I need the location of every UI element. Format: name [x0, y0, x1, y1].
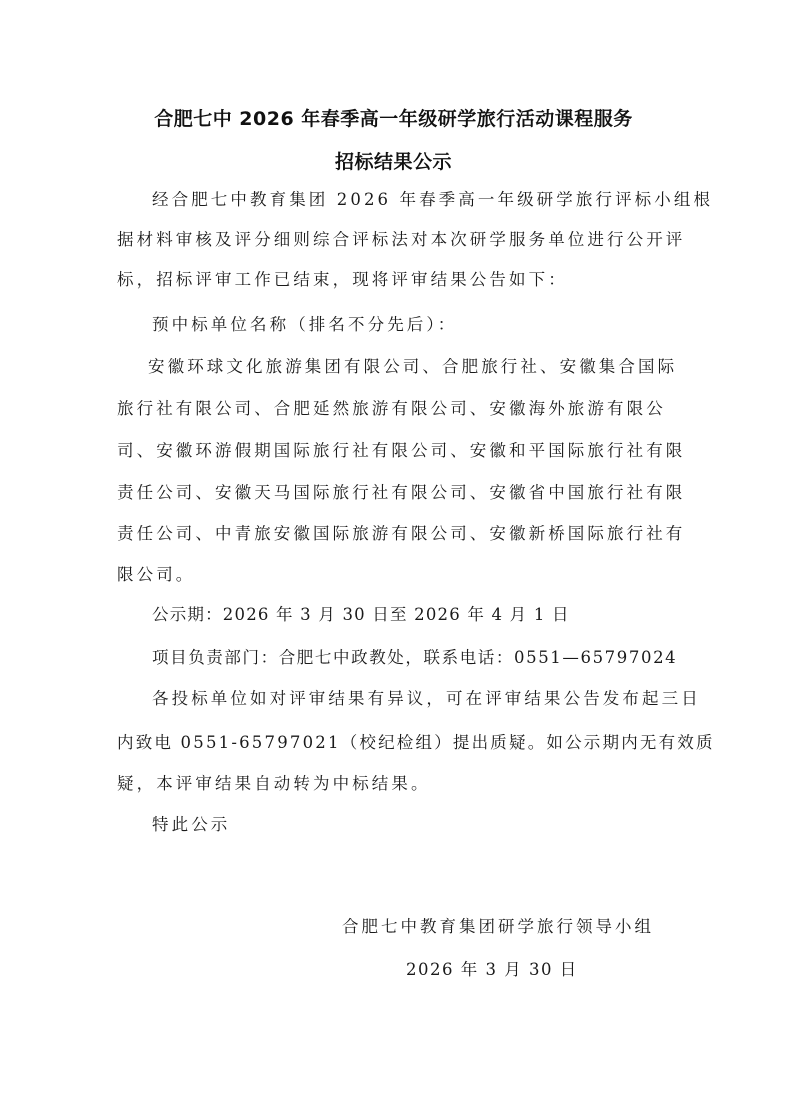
signature-organization: 合肥七中教育集团研学旅行领导小组 [342, 917, 654, 937]
winners-line-5: 责任公司、中青旅安徽国际旅游有限公司、安徽新桥国际旅行社有 [117, 524, 677, 544]
winners-line-1: 安徽环球文化旅游集团有限公司、合肥旅行社、安徽集合国际 [148, 357, 708, 377]
intro-line-2: 据材料审核及评分细则综合评标法对本次研学服务单位进行公开评 [117, 230, 677, 250]
department-contact: 项目负责部门：合肥七中政教处，联系电话：0551—65797024 [152, 648, 712, 668]
intro-line-3: 标，招标评审工作已结束，现将评审结果公告如下： [117, 270, 677, 290]
objection-line-1: 各投标单位如对评审结果有异议，可在评审结果公告发布起三日 [152, 689, 712, 709]
winners-line-3: 司、安徽环游假期国际旅行社有限公司、安徽和平国际旅行社有限 [117, 441, 677, 461]
title-line-2: 招标结果公示 [0, 147, 787, 174]
publicity-period: 公示期：2026 年 3 月 30 日至 2026 年 4 月 1 日 [152, 605, 712, 625]
signature-date: 2026 年 3 月 30 日 [406, 960, 578, 980]
closing-text: 特此公示 [152, 815, 712, 835]
winners-line-4: 责任公司、安徽天马国际旅行社有限公司、安徽省中国旅行社有限 [117, 483, 677, 503]
objection-line-2: 内致电 0551-65797021（校纪检组）提出质疑。如公示期内无有效质 [117, 733, 677, 753]
objection-line-3: 疑，本评审结果自动转为中标结果。 [117, 774, 677, 794]
intro-line-1: 经合肥七中教育集团 2026 年春季高一年级研学旅行评标小组根 [152, 190, 712, 210]
winners-line-6: 限公司。 [117, 565, 677, 585]
title-line-1: 合肥七中 2026 年春季高一年级研学旅行活动课程服务 [0, 104, 787, 131]
document-page: 合肥七中 2026 年春季高一年级研学旅行活动课程服务 招标结果公示 经合肥七中… [0, 0, 787, 1094]
winners-line-2: 旅行社有限公司、合肥延然旅游有限公司、安徽海外旅游有限公 [117, 399, 677, 419]
winners-heading: 预中标单位名称（排名不分先后）： [152, 315, 712, 335]
